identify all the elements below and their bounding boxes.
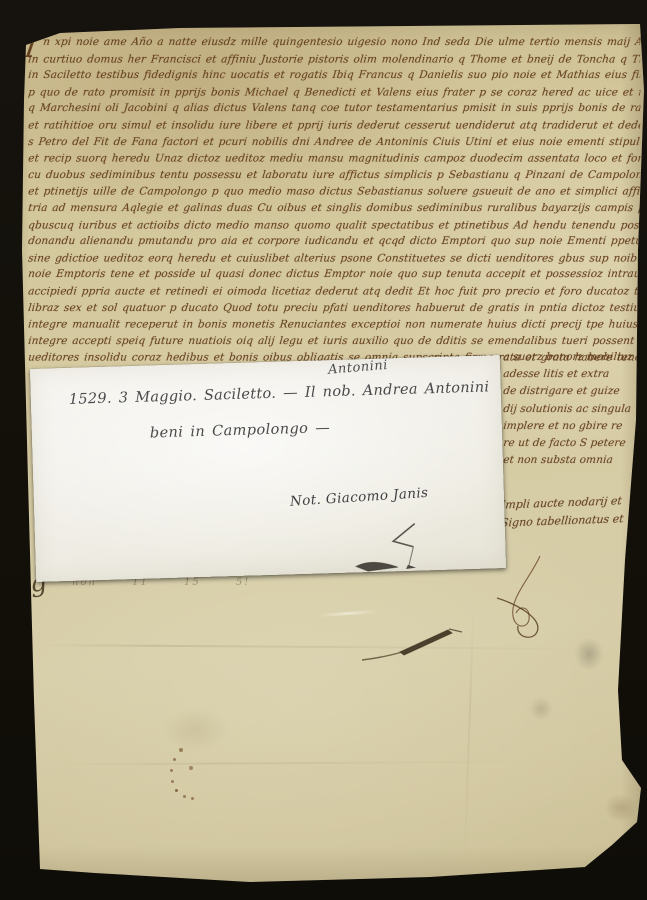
stain [150, 700, 240, 760]
manuscript-line: accipiedi ppria aucte et retinedi ei oim… [27, 285, 641, 302]
manuscript-fragment-line: re ut de facto S petere [502, 437, 640, 454]
manuscript-fragment-line: dij solutionis ac singula [502, 403, 640, 420]
manuscript-fragment-line: de distrigare et guize [502, 385, 640, 402]
manuscript-fragment-line: a suorz bonorz mobiliuz [502, 351, 640, 368]
manuscript-line: n xpi noie ame Año a natte eiusdz mille … [27, 36, 641, 53]
label-header-note: Antonini [328, 358, 389, 378]
stain [598, 788, 644, 828]
zigzag-upper [393, 524, 416, 548]
zigzag-tail [408, 547, 414, 566]
manuscript-line: libraz sex et sol quatuor p ducato Quod … [27, 302, 641, 319]
label-line-1: 1529. 3 Maggio. Saciletto. — Il nob. And… [69, 379, 493, 408]
manuscript-line: et recip suorq heredu Unaz dictoz uedito… [27, 152, 641, 169]
manuscript-line: q Marchesini oli Jacobini q alias dictus… [27, 102, 641, 119]
manuscript-line: integre manualit receperut in bonis mone… [27, 318, 641, 335]
manuscript-line: s Petro del Fit de Fana factori et pcuri… [27, 136, 641, 153]
manuscript-body: n xpi noie ame Año a natte eiusdz mille … [28, 36, 640, 368]
manuscript-line: et ptinetijs uille de Campolongo p quo m… [27, 186, 641, 203]
manuscript-line: qbuscuq iuribus et actioibs dicto medio … [27, 219, 641, 236]
manuscript-line: donandu alienandu pmutandu pro aia et co… [27, 235, 641, 252]
manuscript-line: in curtiuo domus her Francisci et affini… [27, 53, 641, 70]
manuscript-line: cu duobus sediminibus tentu possessu et … [27, 169, 641, 186]
manuscript-fragment-line: et non substa omnia [502, 454, 640, 471]
stain [568, 630, 610, 678]
manuscript-line: et ratihitioe oru simul et insolidu iure… [27, 119, 641, 136]
notary-sign-zigzag [353, 520, 454, 573]
manuscript-fragment-line: adesse litis et extra [502, 368, 640, 385]
closing-line: Signo tabellionatus et [500, 512, 644, 535]
manuscript-right-fragments: a suorz bonorz mobiliuz adesse litis et … [503, 351, 639, 471]
manuscript-line: sine gdictioe ueditoz eorq heredu et cui… [27, 252, 641, 269]
manuscript-line: p quo de rato promisit in pprijs bonis M… [27, 86, 641, 103]
label-line-2: beni in Campolongo — [150, 420, 331, 441]
photo-background: nº 93 I n xpi noie ame Año a natte eiusd… [0, 0, 647, 900]
zigzag-lower [356, 562, 398, 572]
manuscript-line: noie Emptoris tene et posside ul quasi d… [27, 268, 641, 285]
manuscript-line: tria ad mensura Aqlegie et galinas duas … [27, 202, 641, 219]
archival-label: Antonini 1529. 3 Maggio. Saciletto. — Il… [30, 355, 506, 582]
zigzag-dot [406, 565, 416, 569]
stain [524, 692, 558, 726]
notary-signature: Not. Giacomo Janis [290, 485, 429, 510]
manuscript-fragment-line: implere et no gbire re [502, 420, 640, 437]
notarial-closing: Impli aucte nodarij et Signo tabellionat… [501, 496, 643, 532]
manuscript-line: in Saciletto testibus fidedignis hinc uo… [27, 69, 641, 86]
manuscript-line: integre accepti speiq future nuatiois oi… [27, 335, 641, 352]
